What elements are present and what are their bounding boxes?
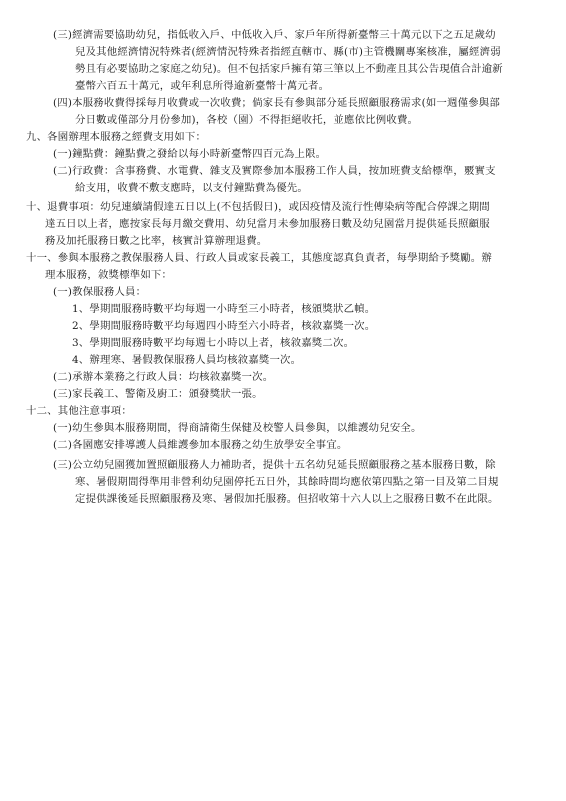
- document-text-line: (四)本服務收費得採每月收費或一次收費；倘家長有參與部分延長照顧服務需求(如一週…: [53, 96, 500, 110]
- document-text-line: 1、學期間服務時數平均每週一小時至三小時者，核頒獎狀乙幀。: [72, 302, 375, 316]
- document-text-line: (一)幼生參與本服務期間，得商請衛生保健及校警人員參與，以維護幼兒安全。: [53, 421, 422, 435]
- document-text-line: (三)經濟需要協助幼兒，指低收入戶、中低收入戶、家戶年所得新臺幣三十萬元以下之五…: [53, 28, 496, 42]
- document-text-line: 九、各園辦理本服務之經費支用如下：: [26, 130, 206, 144]
- document-text-line: 3、學期間服務時數平均每週七小時以上者，核敘嘉獎二次。: [72, 336, 354, 350]
- document-page: (三)經濟需要協助幼兒，指低收入戶、中低收入戶、家戶年所得新臺幣三十萬元以下之五…: [0, 0, 566, 801]
- document-text-line: 務及加托服務日數之比率，核實計算辦理退費。: [45, 234, 267, 248]
- document-text-line: 十二、其他注意事項：: [26, 404, 132, 418]
- document-text-line: 臺幣六百五十萬元，或年利息所得逾新臺幣十萬元者。: [75, 79, 329, 93]
- document-text-line: 給支用，收費不敷支應時，以支付鐘點費為優先。: [75, 181, 308, 195]
- document-text-line: 2、學期間服務時數平均每週四小時至六小時者，核敘嘉獎一次。: [72, 319, 375, 333]
- document-text-line: 達五日以上者，應按家長每月繳交費用、幼兒當月未參加服務日數及幼兒園當月提供延長照…: [45, 217, 490, 231]
- document-text-line: (二)各園應安排導護人員維護參加本服務之幼生放學安全事宜。: [53, 438, 347, 452]
- document-text-line: 理本服務，敘獎標準如下：: [45, 268, 172, 282]
- document-text-line: (三)公立幼兒園獲加置照顧服務人力補助者，提供十五名幼兒延長照顧服務之基本服務日…: [53, 458, 496, 472]
- document-text-line: (二)承辦本業務之行政人員：均核敘嘉獎一次。: [53, 370, 273, 384]
- document-text-line: (三)家長義工、警衛及廚工：頒發獎狀一張。: [53, 387, 263, 401]
- document-text-line: 勢且有必要協助之家庭之幼兒)。但不包括家戶擁有第三筆以上不動產且其公告現值合計逾…: [75, 62, 503, 76]
- document-text-line: (一)教保服務人員：: [53, 285, 146, 299]
- document-text-line: 定提供課後延長照顧服務及寒、暑假加托服務。但招收第十六人以上之服務日數不在此限。: [75, 492, 499, 506]
- document-text-line: 十、退費事項：幼兒連續請假達五日以上(不包括假日)，或因疫情及流行性傳染病等配合…: [26, 200, 490, 214]
- document-text-line: 4、辦理寒、暑假教保服務人員均核敘嘉獎一次。: [72, 353, 301, 367]
- document-text-line: (二)行政費：含事務費、水電費、雜支及實際參加本服務工作人員，按加班費支給標準，…: [53, 164, 496, 178]
- document-text-line: 兒及其他經濟情況特殊者(經濟情況特殊者指經直轄市、縣(市)主管機關專案核准，屬經…: [75, 45, 501, 59]
- document-text-line: 分日數或僅部分月份參加)，各校（園）不得拒絕收托，並應依比例收費。: [75, 113, 418, 127]
- document-text-line: 十一、參與本服務之教保服務人員、行政人員或家長義工，其態度認真負責者，每學期給予…: [26, 251, 492, 265]
- document-text-line: 寒、暑假期間得準用非營利幼兒園停托五日外，其餘時間均應依第四點之第一目及第二目規: [75, 475, 499, 489]
- document-text-line: (一)鐘點費：鐘點費之發給以每小時新臺幣四百元為上限。: [53, 147, 326, 161]
